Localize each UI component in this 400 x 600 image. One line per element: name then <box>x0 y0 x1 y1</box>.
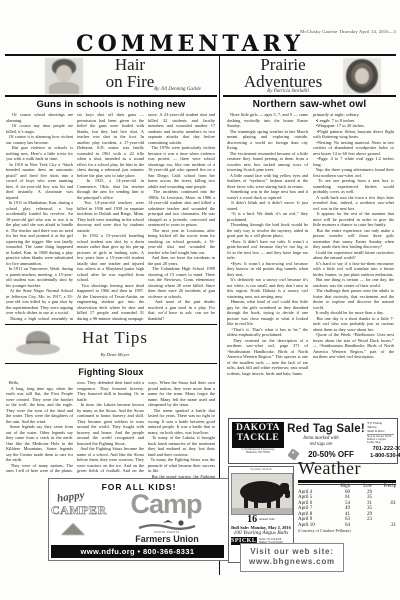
sub-line2: red tags are <box>291 442 351 448</box>
farmers-union-camp-ad: FOR ALL KIDS! happy CAMPER Camp NORTH DA… <box>48 478 229 561</box>
weather-title: Weather <box>298 458 396 479</box>
website-line2: www.bhgnews.com <box>241 557 343 567</box>
bull-ad-caption: Spickler Ranch <box>229 468 293 471</box>
fighting-sioux-headline: Fighting Sioux <box>5 367 217 377</box>
tackle-categories: •Fly Fishing •Marine •Rods & Reels <box>367 422 394 435</box>
farmers-union-logo: NORTH DAKOTA Farmers Union <box>127 519 207 544</box>
dakota-tackle-logo: DAKOTA TACKLE <box>232 422 284 448</box>
bull-photo <box>231 473 293 515</box>
phone1: 701-222-3092 <box>357 446 400 453</box>
byline-dean-meyer: By Dean Meyer <box>35 352 195 357</box>
column-title-hair: Hair <box>85 56 175 73</box>
tackle-note: Stop in and see North Dakota’s Largest T… <box>367 435 394 445</box>
guns-article-headline: Guns in schools is nothing new <box>5 99 217 110</box>
weather-thick-rule <box>298 480 396 483</box>
columnist-photo-patricia <box>343 58 381 94</box>
camp-ad-big-word: Camp <box>111 489 221 520</box>
right-masthead-rule <box>223 95 396 97</box>
weather-section: Weather High Low Precip April 46029 Apri… <box>298 458 396 533</box>
guns-article-col3: sacre. A 23-year-old student shot and ki… <box>148 112 215 322</box>
camp-tent-graphic <box>55 519 95 537</box>
hat-tips-title: Hat Tips <box>35 328 195 348</box>
sawwhet-article-col2: primarily at night; solitary. •Length: 7… <box>313 112 394 413</box>
newspaper-page: { "header": { "paper_note": "McClusky Ga… <box>0 0 400 600</box>
camp-ad-camper-outline: CAMPER <box>51 503 107 518</box>
hair-on-fire-masthead: Hair on Fire By Jill Denning Gackle <box>5 56 217 96</box>
website-promo-box: Visit our web site: www.bhgnews.com <box>240 543 344 572</box>
guns-article-col1: Of course school shootings are alarming.… <box>6 112 73 322</box>
sawwhet-article-headline: Northern saw-whet owl <box>223 99 396 110</box>
byline-patricia-stockdill: By Patricia Stockdill <box>238 89 338 94</box>
left-masthead-rule <box>5 95 217 97</box>
tackle-word: TACKLE <box>232 434 284 444</box>
column-title-prairie: Prairie <box>228 56 338 73</box>
farmers-union-brand: Farmers Union <box>127 534 207 544</box>
columnist-photo-jill <box>45 58 83 94</box>
red-tag-sale-headline: Red Tag Sale! <box>287 423 365 435</box>
bull-offering: 100 Yearling Angus Bulls <box>231 530 291 536</box>
guns-article-col2: six boys shot off their guns — permissio… <box>77 112 144 322</box>
weather-courtesy: (Courtesy of Candace Pellman) <box>298 528 396 533</box>
column-title-adventures: Adventures <box>228 73 338 90</box>
red-tag-sale-sub: Items marked with red tags are <box>291 436 351 448</box>
dakota-tackle-address: S. Washington & Expressway Bismarck, ND … <box>232 448 284 455</box>
sawwhet-article-col1: Three little girls — ages 5, 7, and 9 — … <box>227 112 308 413</box>
hat-tips-bottom-rule <box>5 363 217 364</box>
bull-sale-number-sub: Annual Sale! <box>259 518 275 522</box>
address-line2: Bismarck, ND 58504 <box>232 451 284 454</box>
fighting-sioux-col1: Hello, A long, long time ago, when the e… <box>6 380 73 475</box>
fighting-sioux-col2: riors. They defended their land with a v… <box>77 380 144 475</box>
bull-sale-number: 16 <box>247 514 257 525</box>
byline-jill-denning-gackle: By Jill Denning Gackle <box>135 87 220 92</box>
hat-tips-top-rule <box>5 324 217 325</box>
website-line1: Visit our web site: <box>241 547 343 557</box>
farmers-union-goose-icon <box>137 519 197 531</box>
weather-table: High Low Precip April 46029 April 56135 … <box>298 484 396 528</box>
prairie-adventures-masthead: Prairie Adventures By Patricia Stockdill <box>223 56 396 96</box>
camp-ad-contact-bar: www.ndfu.org • 800-366-8331 <box>51 545 224 558</box>
